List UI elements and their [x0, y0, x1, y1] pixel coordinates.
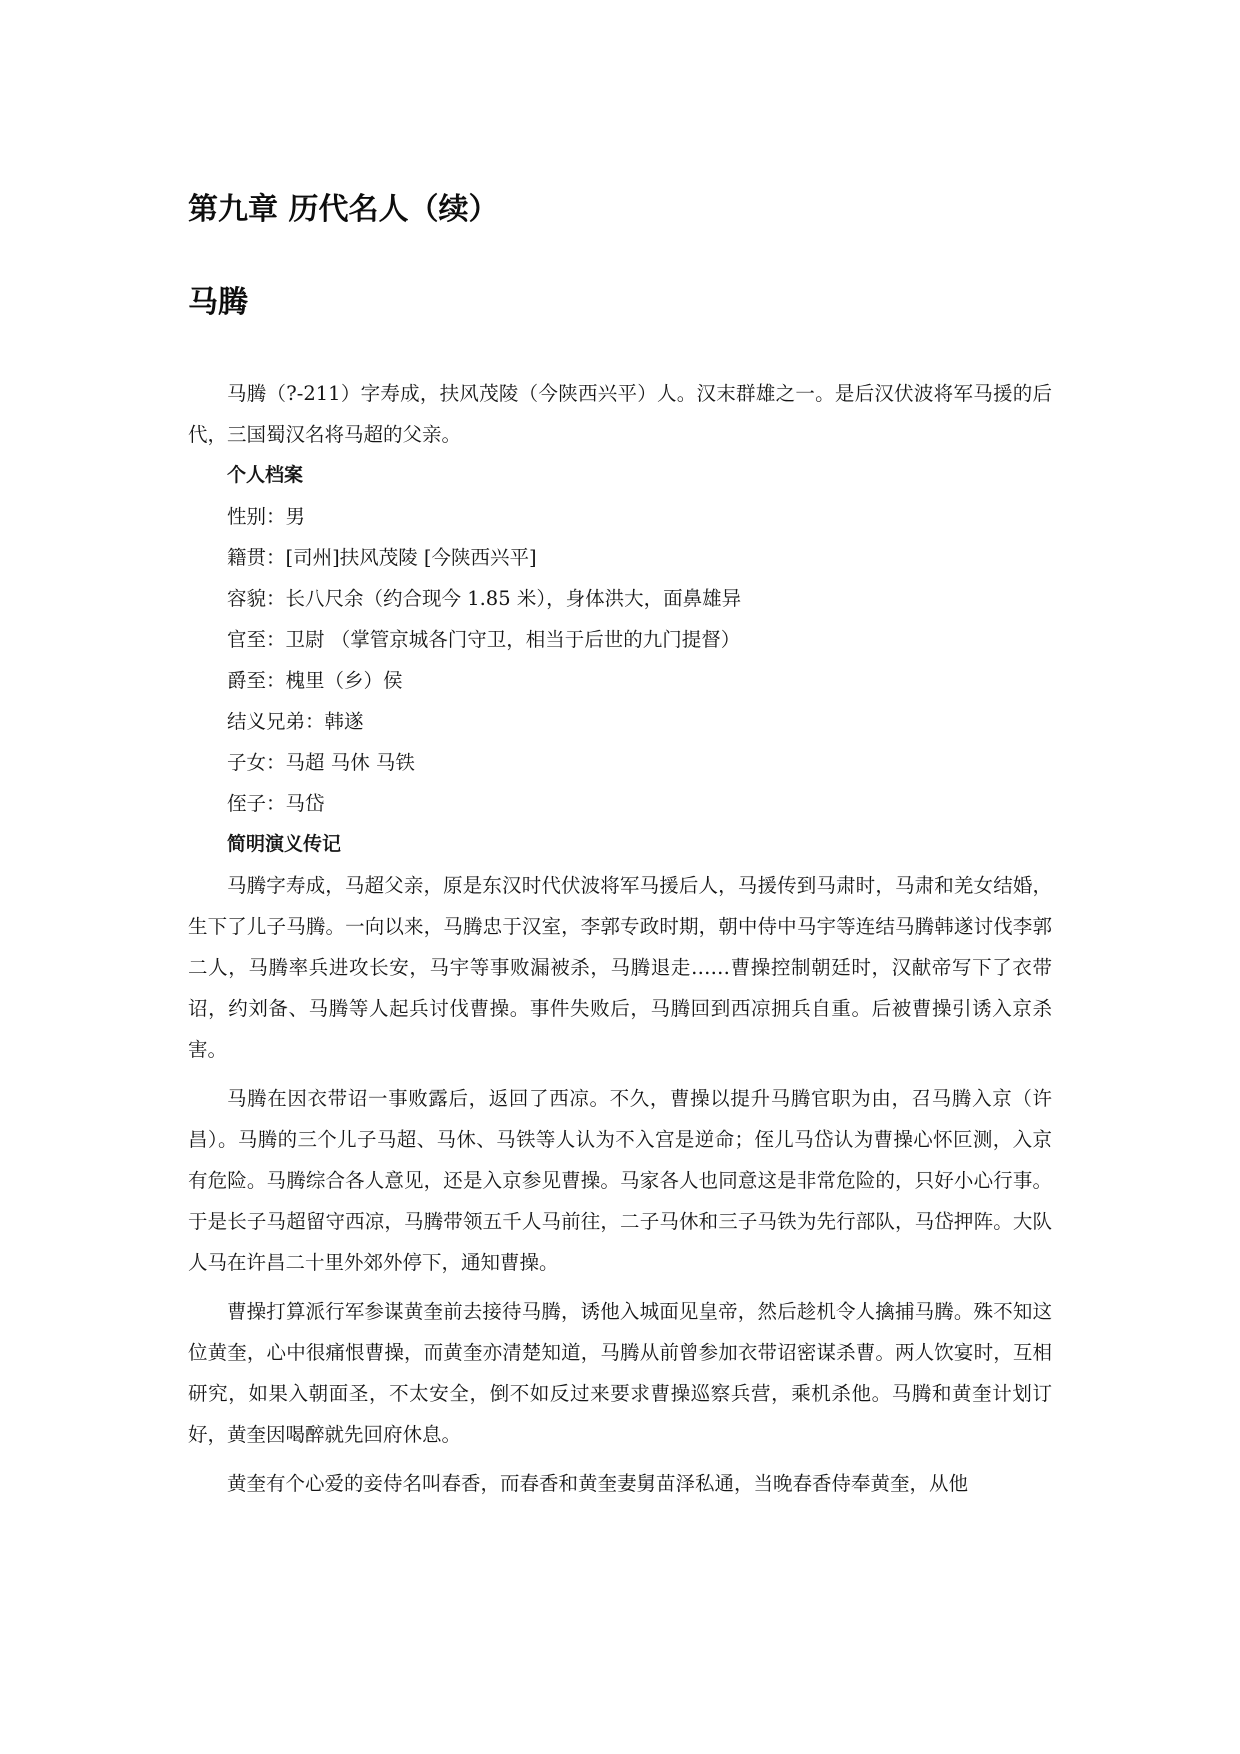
profile-field-gender: 性别：男 [188, 496, 1052, 537]
paragraph-spacer [188, 1283, 1052, 1291]
profile-field-appearance: 容貌：长八尺余（约合现今 1.85 米），身体洪大，面鼻雄异 [188, 578, 1052, 619]
paragraph-spacer [188, 1070, 1052, 1078]
biography-text: 马腾字寿成，马超父亲，原是东汉时代伏波将军马援后人，马援传到马肃时，马肃和羌女结… [188, 865, 1052, 1504]
section-title: 马腾 [188, 283, 248, 323]
biography-paragraph: 马腾字寿成，马超父亲，原是东汉时代伏波将军马援后人，马援传到马肃时，马肃和羌女结… [188, 865, 1052, 1070]
intro-paragraph: 马腾（?-211）字寿成，扶风茂陵（今陕西兴平）人。汉末群雄之一。是后汉伏波将军… [188, 373, 1052, 455]
profile-field-origin: 籍贯：[司州]扶风茂陵 [今陕西兴平] [188, 537, 1052, 578]
profile-field-title: 爵至：槐里（乡）侯 [188, 660, 1052, 701]
profile-field-sworn-brother: 结义兄弟：韩遂 [188, 701, 1052, 742]
biography-paragraph: 马腾在因衣带诏一事败露后，返回了西凉。不久，曹操以提升马腾官职为由，召马腾入京（… [188, 1078, 1052, 1283]
profile-field-children: 子女：马超 马休 马铁 [188, 742, 1052, 783]
profile-heading: 个人档案 [188, 455, 1052, 496]
profile-list: 性别：男 籍贯：[司州]扶风茂陵 [今陕西兴平] 容貌：长八尺余（约合现今 1.… [188, 496, 1052, 824]
biography-paragraph: 曹操打算派行军参谋黄奎前去接待马腾，诱他入城面见皇帝，然后趁机令人擒捕马腾。殊不… [188, 1291, 1052, 1455]
biography-paragraph: 黄奎有个心爱的妾侍名叫春香，而春香和黄奎妻舅苗泽私通，当晚春香侍奉黄奎，从他 [188, 1463, 1052, 1504]
document-body: 马腾（?-211）字寿成，扶风茂陵（今陕西兴平）人。汉末群雄之一。是后汉伏波将军… [188, 373, 1052, 1504]
profile-field-nephew: 侄子：马岱 [188, 783, 1052, 824]
chapter-title: 第九章 历代名人（续） [188, 190, 498, 230]
biography-heading: 简明演义传记 [188, 824, 1052, 865]
paragraph-spacer [188, 1455, 1052, 1463]
profile-field-office: 官至：卫尉 （掌管京城各门守卫，相当于后世的九门提督） [188, 619, 1052, 660]
